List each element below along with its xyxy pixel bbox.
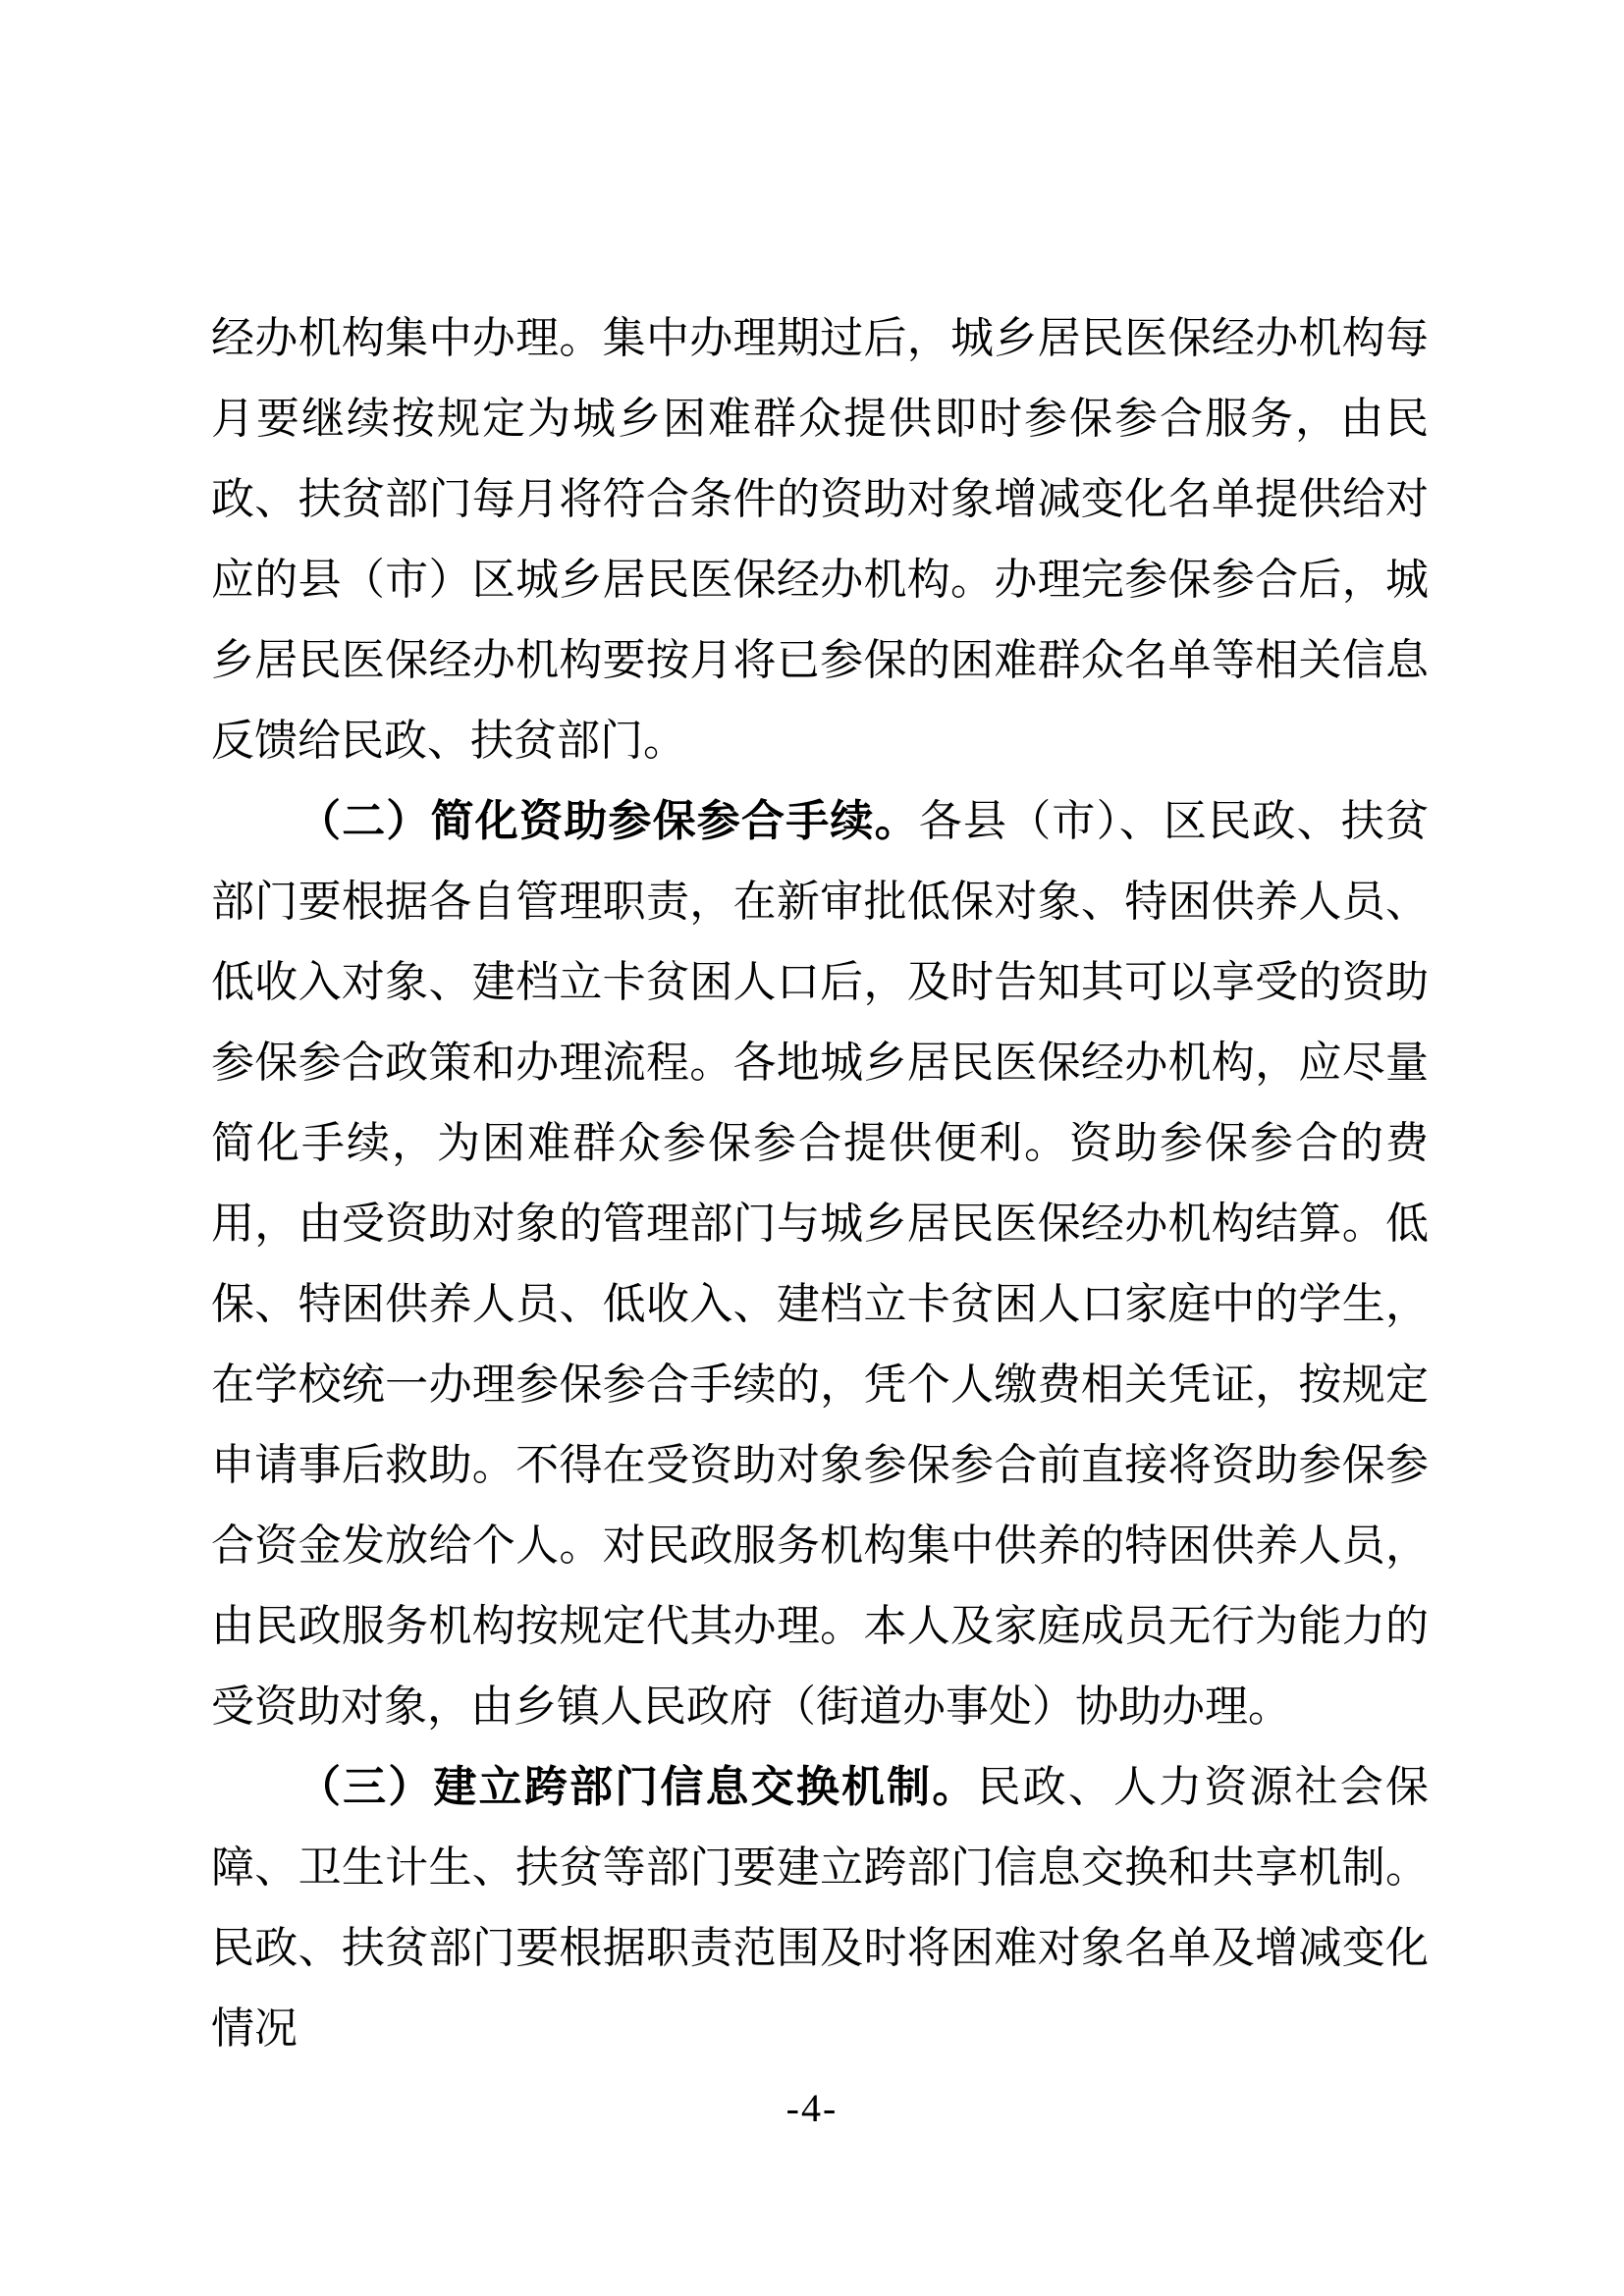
document-body: 经办机构集中办理。集中办理期过后，城乡居民医保经办机构每月要继续按规定为城乡困难… — [211, 298, 1429, 2069]
section-heading: （三）建立跨部门信息交换机制。 — [298, 1763, 978, 1811]
paragraph: （二）简化资助参保参合手续。各县（市）、区民政、扶贫部门要根据各自管理职责，在新… — [211, 781, 1429, 1747]
document-page: 经办机构集中办理。集中办理期过后，城乡居民医保经办机构每月要继续按规定为城乡困难… — [0, 0, 1624, 2296]
section-heading: （二）简化资助参保参合手续。 — [298, 797, 919, 845]
paragraph: （三）建立跨部门信息交换机制。民政、人力资源社会保障、卫生计生、扶贫等部门要建立… — [211, 1747, 1429, 2069]
page-number: -4- — [0, 2085, 1624, 2131]
paragraph: 经办机构集中办理。集中办理期过后，城乡居民医保经办机构每月要继续按规定为城乡困难… — [211, 298, 1429, 781]
